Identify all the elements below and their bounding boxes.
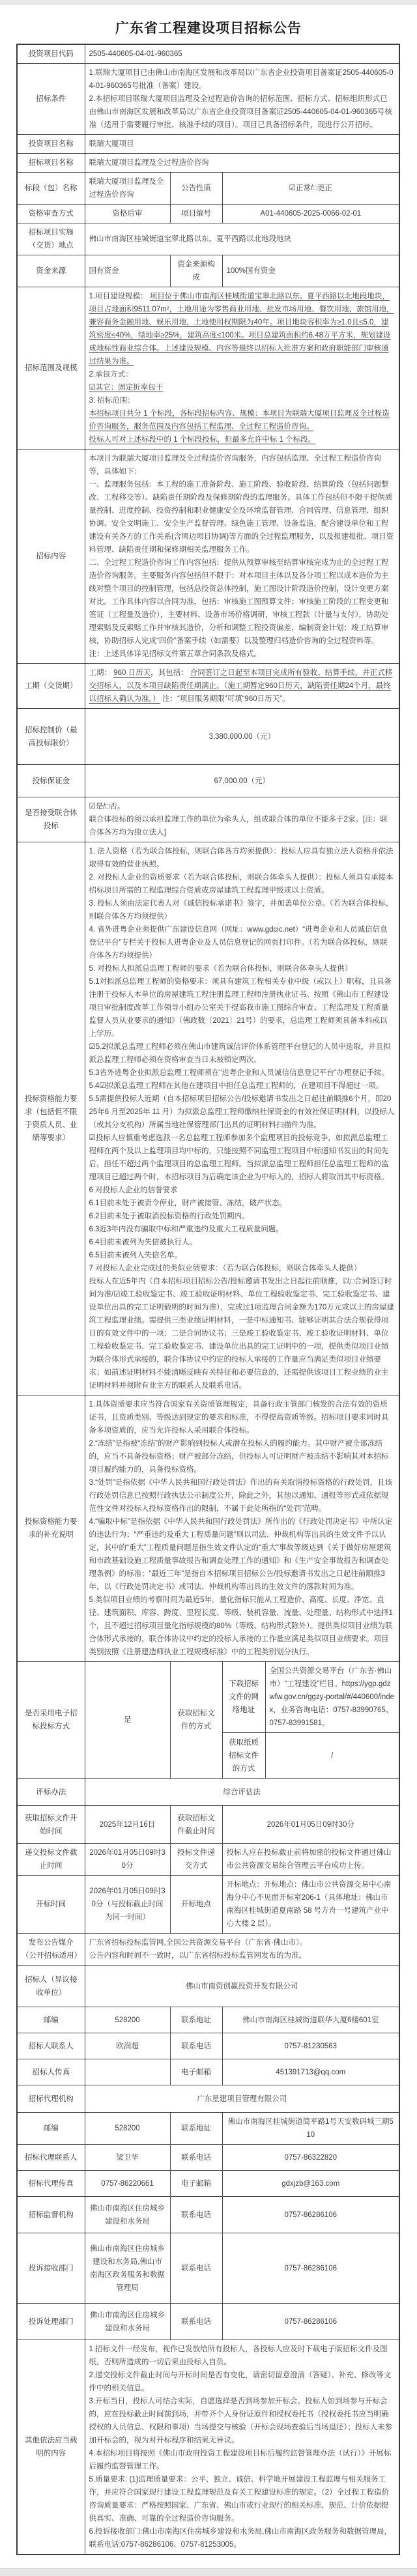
row-qualification-requirements: 投标资格能力要求（包括但不限于资质人员、业绩等要求） 1. 法人资格（若为联合体… xyxy=(17,842,399,1395)
browser-top-strip xyxy=(0,0,417,5)
row-qualification-review: 资格审查方式 资格后审 项目编号 A01-440605-2025-0066-02… xyxy=(17,205,399,223)
row-control-price: 招标控制价（最高投标限价） 3,380,000.00（元） xyxy=(17,709,399,765)
row-qualification-supplement: 投标资格能力要求的补充说明 1.具体资质要求应当符合国家有关资质管理规定，具备行… xyxy=(17,1395,399,1662)
electronic-bidding-label: 是否采用电子招标投标方式 xyxy=(17,1662,85,1779)
row-tender-conditions: 招标条件 1.联瑞大厦项目已由佛山市南海区发展和改革局以广东省企业投资项目备案证… xyxy=(17,64,399,135)
notice-nature-label: 公告性质 xyxy=(170,173,222,205)
investment-name-label: 投资项目名称 xyxy=(17,135,85,154)
complaint-receiving-label: 投诉接收部门 xyxy=(17,2233,85,2304)
other-contents-value: 1.招标文件一经发布，视作已发放给所有投标人，各投标人应及时下载电子版招标文件及… xyxy=(85,2340,399,2555)
tender-project-name-value: 联瑞大厦项目监理及全过程造价咨询 xyxy=(85,154,399,173)
download-address-label: 下载招标文件的网络地址 xyxy=(222,1662,265,1733)
tender-conditions-value: 1.联瑞大厦项目已由佛山市南海区发展和改革局以广东省企业投资项目备案证2505-… xyxy=(85,64,399,135)
row-doc-time: 获取招标文件开始时间 2025年12月16日 获取招标文件截止时间 2026年0… xyxy=(17,1806,399,1844)
row-submission: 递交投标文件截止时间 2026年01月05日09时30分 投标文件递交方式 投标… xyxy=(17,1844,399,1876)
funding-composition-label: 资金来源构成 xyxy=(170,255,222,287)
tenderer-contact-label: 招标人联系人 xyxy=(17,2033,85,2059)
tenderer-postcode-value: 528200 xyxy=(85,2007,170,2033)
agency-email-value: gdxjzb@163.com xyxy=(222,2171,399,2197)
tender-announcement-table: 投资项目代码 2505-440605-04-01-960365 招标条件 1.联… xyxy=(16,44,400,2555)
tenderer-contact-value: 欧润超 xyxy=(85,2033,170,2059)
qualification-review-value: 资格后审 xyxy=(85,205,170,223)
opening-place-value: 开标地点：开标地点：佛山市公共资源交易中心南海分中心不见面开标室206-1（具体… xyxy=(222,1876,399,1934)
agency-phone-label: 联系电话 xyxy=(170,2145,222,2171)
opening-time-value: 2026年01月05日09时30分（与投标截止时间为同一时间） xyxy=(85,1876,170,1934)
doc-obtain-method-label: 获取招标文件的方式 xyxy=(170,1662,222,1779)
agency-postcode-label: 邮编 xyxy=(17,2113,85,2145)
qualification-requirements-label: 投标资格能力要求（包括但不限于资质人员、业绩等要求） xyxy=(17,842,85,1395)
investment-code-value: 2505-440605-04-01-960365 xyxy=(85,44,399,64)
location-label: 招标项目实施（交货）地点 xyxy=(17,223,85,255)
tender-project-name-label: 招标项目名称 xyxy=(17,154,85,173)
duration-value: 工期： 960 日历天，其包括： 合同签订之日起至本项目完成所有验收、结算手续，… xyxy=(85,664,399,709)
project-number-value: A01-440605-2025-0066-02-01 xyxy=(222,205,399,223)
row-other-contents: 其他依法应当载明的内容 1.招标文件一经发布，视作已发放给所有投标人，各投标人应… xyxy=(17,2340,399,2555)
duration-label: 工期（交货期） xyxy=(17,664,85,709)
tenderer-phone-label: 联系电话 xyxy=(170,2033,222,2059)
tenderer-email-label: 电子邮箱 xyxy=(170,2059,222,2085)
agency-fax-value: 0757-86220661 xyxy=(85,2171,170,2197)
paper-doc-label: 获取纸质招标文件的方式 xyxy=(222,1733,265,1779)
row-tenderer-contact: 招标人联系人 欧润超 联系电话 0757-81230563 xyxy=(17,2033,399,2059)
row-bid-bond: 投标保证金 67,000.00（元） xyxy=(17,765,399,797)
browser-bottom-strip xyxy=(0,2568,417,2576)
funding-source-value: 国有资金 xyxy=(85,255,170,287)
doc-deadline-label: 获取招标文件截止时间 xyxy=(170,1806,222,1844)
investment-name-value: 联瑞大厦项目 xyxy=(85,135,399,154)
supervision-value: 佛山市南海区住房城乡建设和水务局 xyxy=(85,2197,170,2233)
supervision-label: 招标监督机构 xyxy=(17,2197,85,2233)
complaint-handling-value: 佛山市南海区住房城乡建设和水务局 xyxy=(85,2304,170,2340)
row-content: 招标内容 本项目为联瑞大厦项目监理及全过程造价咨询服务，内容包括监理、全过程工程… xyxy=(17,450,399,664)
agency-contact-label: 招标代理联系人 xyxy=(17,2145,85,2171)
row-opening: 开标时间 2026年01月05日09时30分（与投标截止时间为同一时间） 开标地… xyxy=(17,1876,399,1934)
agency-value: 广东星建项目管理有限公司 xyxy=(85,2085,399,2113)
investment-code-label: 投资项目代码 xyxy=(17,44,85,64)
media-value: 广东省招标投标监管网,全国公共资源交易平台（广东省·佛山市）。 公告内容和时间不… xyxy=(85,1934,399,1966)
electronic-bidding-value: 是 xyxy=(85,1662,170,1779)
row-tenderer: 招标人（异议接收单位） 佛山市南资创赢投资开发有限公司 xyxy=(17,1966,399,2007)
paper-doc-value: / xyxy=(265,1733,399,1779)
other-contents-label: 其他依法应当载明的内容 xyxy=(17,2340,85,2555)
row-complaint-receiving: 投诉接收部门 佛山市南海区住房城乡建设和水务局,佛山市南海区政务服务和数据管理局… xyxy=(17,2233,399,2304)
opening-place-label: 开标地点 xyxy=(170,1876,222,1934)
submission-method-label: 投标文件递交方式 xyxy=(170,1844,222,1876)
qualification-supplement-value: 1.具体资质要求应当符合国家有关资质管理规定，具备行政主管部门核发的合法有效的资… xyxy=(85,1395,399,1662)
row-scope: 招标范围及规模 1.项目建设规模： 项目位于佛山市南海区桂城街道宝翠北路以东、夏… xyxy=(17,287,399,450)
supervision-phone-value: 0757-86286106 xyxy=(222,2197,399,2233)
scope-label: 招标范围及规模 xyxy=(17,287,85,450)
agency-address-value: 佛山市南海区桂城街道简平路1号天安数码城三期510 xyxy=(222,2113,399,2145)
row-investment-code: 投资项目代码 2505-440605-04-01-960365 xyxy=(17,44,399,64)
consortium-value: ☑是/□否。 联合体投标的须以承担监理工作的单位为牵头人，组成联合体的单位不能多… xyxy=(85,797,399,842)
doc-start-time-value: 2025年12月16日 xyxy=(85,1806,170,1844)
row-tender-project-name: 招标项目名称 联瑞大厦项目监理及全过程造价咨询 xyxy=(17,154,399,173)
row-consortium: 是否接受联合体投标 ☑是/□否。 联合体投标的须以承担监理工作的单位为牵头人，组… xyxy=(17,797,399,842)
qualification-requirements-value: 1. 法人资格（若为联合体投标，则联合体各方均须提供）：投标人应具有独立法人资格… xyxy=(85,842,399,1395)
agency-fax-label: 招标代理传真 xyxy=(17,2171,85,2197)
bid-bond-value: 67,000.00（元） xyxy=(85,765,399,797)
funding-composition-value: 100%国有资金 xyxy=(222,255,399,287)
row-complaint-handling: 投诉处理部门 佛山市南海区住房城乡建设和水务局 联系电话 0757-862861… xyxy=(17,2304,399,2340)
tenderer-fax-label: 招标人传真 xyxy=(17,2059,85,2085)
content-label: 招标内容 xyxy=(17,450,85,664)
funding-source-label: 资金来源 xyxy=(17,255,85,287)
notice-nature-value: ☑正常/□更正 xyxy=(222,173,399,205)
page-title: 广东省工程建设项目招标公告 xyxy=(0,18,417,37)
evaluation-method-value: 综合评估法 xyxy=(85,1779,399,1806)
content-value: 本项目为联瑞大厦项目监理及全过程造价咨询服务，内容包括监理、全过程工程造价咨询等… xyxy=(85,450,399,664)
row-location: 招标项目实施（交货）地点 佛山市南海区桂城街道宝翠北路以东、夏平西路以北地段地块 xyxy=(17,223,399,255)
media-label: 发布公告媒介（公开招标适用） xyxy=(17,1934,85,1966)
consortium-label: 是否接受联合体投标 xyxy=(17,797,85,842)
tenderer-address-value: 佛山市南海区桂城街道联华大厦6楼601室 xyxy=(222,2007,399,2033)
complaint-handling-label: 投诉处理部门 xyxy=(17,2304,85,2340)
complaint-receiving-phone-label: 联系电话 xyxy=(170,2233,222,2304)
row-tenderer-post: 邮编 528200 联系地址 佛山市南海区桂城街道联华大厦6楼601室 xyxy=(17,2007,399,2033)
doc-deadline-value: 2026年01月05日09时30分 xyxy=(222,1806,399,1844)
tender-conditions-label: 招标条件 xyxy=(17,64,85,135)
section-name-value: 联瑞大厦项目监理及全过程造价咨询 xyxy=(85,173,170,205)
tenderer-fax-value xyxy=(85,2059,170,2085)
submission-deadline-value: 2026年01月05日09时30分 xyxy=(85,1844,170,1876)
control-price-label: 招标控制价（最高投标限价） xyxy=(17,709,85,765)
row-duration: 工期（交货期） 工期： 960 日历天，其包括： 合同签订之日起至本项目完成所有… xyxy=(17,664,399,709)
complaint-receiving-value: 佛山市南海区住房城乡建设和水务局,佛山市南海区政务服务和数据管理局 xyxy=(85,2233,170,2304)
bid-bond-label: 投标保证金 xyxy=(17,765,85,797)
qualification-supplement-label: 投标资格能力要求的补充说明 xyxy=(17,1395,85,1662)
row-agency-contact: 招标代理联系人 梁卫华 联系电话 0757-86322820 xyxy=(17,2145,399,2171)
agency-email-label: 电子邮箱 xyxy=(170,2171,222,2197)
supervision-phone-label: 联系电话 xyxy=(170,2197,222,2233)
tenderer-email-value: 451391713@qq.com xyxy=(222,2059,399,2085)
row-agency-post: 邮编 528200 联系地址 佛山市南海区桂城街道简平路1号天安数码城三期510 xyxy=(17,2113,399,2145)
row-section-name: 标段（包）名称 联瑞大厦项目监理及全过程造价咨询 公告性质 ☑正常/□更正 xyxy=(17,173,399,205)
row-funding: 资金来源 国有资金 资金来源构成 100%国有资金 xyxy=(17,255,399,287)
tenderer-value: 佛山市南资创赢投资开发有限公司 xyxy=(85,1966,399,2007)
row-tenderer-fax: 招标人传真 电子邮箱 451391713@qq.com xyxy=(17,2059,399,2085)
submission-method-value: 投标人应在投标截止前将加密的投标文件通过佛山市公共资源交易综合管理云平台成功上传… xyxy=(222,1844,399,1876)
location-value: 佛山市南海区桂城街道宝翠北路以东、夏平西路以北地段地块 xyxy=(85,223,399,255)
row-agency: 招标代理机构 广东星建项目管理有限公司 xyxy=(17,2085,399,2113)
section-name-label: 标段（包）名称 xyxy=(17,173,85,205)
qualification-review-label: 资格审查方式 xyxy=(17,205,85,223)
opening-time-label: 开标时间 xyxy=(17,1876,85,1934)
row-media: 发布公告媒介（公开招标适用） 广东省招标投标监管网,全国公共资源交易平台（广东省… xyxy=(17,1934,399,1966)
evaluation-method-label: 评标办法 xyxy=(17,1779,85,1806)
agency-address-label: 联系地址 xyxy=(170,2113,222,2145)
agency-contact-value: 梁卫华 xyxy=(85,2145,170,2171)
complaint-handling-phone-label: 联系电话 xyxy=(170,2304,222,2340)
agency-phone-value: 0757-86322820 xyxy=(222,2145,399,2171)
doc-start-time-label: 获取招标文件开始时间 xyxy=(17,1806,85,1844)
tenderer-phone-value: 0757-81230563 xyxy=(222,2033,399,2059)
scope-value: 1.项目建设规模： 项目位于佛山市南海区桂城街道宝翠北路以东、夏平西路以北地段地… xyxy=(85,287,399,450)
agency-label: 招标代理机构 xyxy=(17,2085,85,2113)
tenderer-postcode-label: 邮编 xyxy=(17,2007,85,2033)
download-address-value: 全国公共资源交易平台（广东省·佛山市）“工程建设”栏目。https://ygp.… xyxy=(265,1662,399,1733)
complaint-handling-phone-value: 0757-86286106 xyxy=(222,2304,399,2340)
project-number-label: 项目编号 xyxy=(170,205,222,223)
agency-postcode-value: 528200 xyxy=(85,2113,170,2145)
submission-deadline-label: 递交投标文件截止时间 xyxy=(17,1844,85,1876)
complaint-receiving-phone-value: 0757-86286106 xyxy=(222,2233,399,2304)
row-electronic-bidding: 是否采用电子招标投标方式 是 获取招标文件的方式 下载招标文件的网络地址 全国公… xyxy=(17,1662,399,1733)
row-supervision: 招标监督机构 佛山市南海区住房城乡建设和水务局 联系电话 0757-862861… xyxy=(17,2197,399,2233)
row-investment-name: 投资项目名称 联瑞大厦项目 xyxy=(17,135,399,154)
tenderer-label: 招标人（异议接收单位） xyxy=(17,1966,85,2007)
row-evaluation-method: 评标办法 综合评估法 xyxy=(17,1779,399,1806)
control-price-value: 3,380,000.00（元） xyxy=(85,709,399,765)
row-agency-fax: 招标代理传真 0757-86220661 电子邮箱 gdxjzb@163.com xyxy=(17,2171,399,2197)
tenderer-address-label: 联系地址 xyxy=(170,2007,222,2033)
